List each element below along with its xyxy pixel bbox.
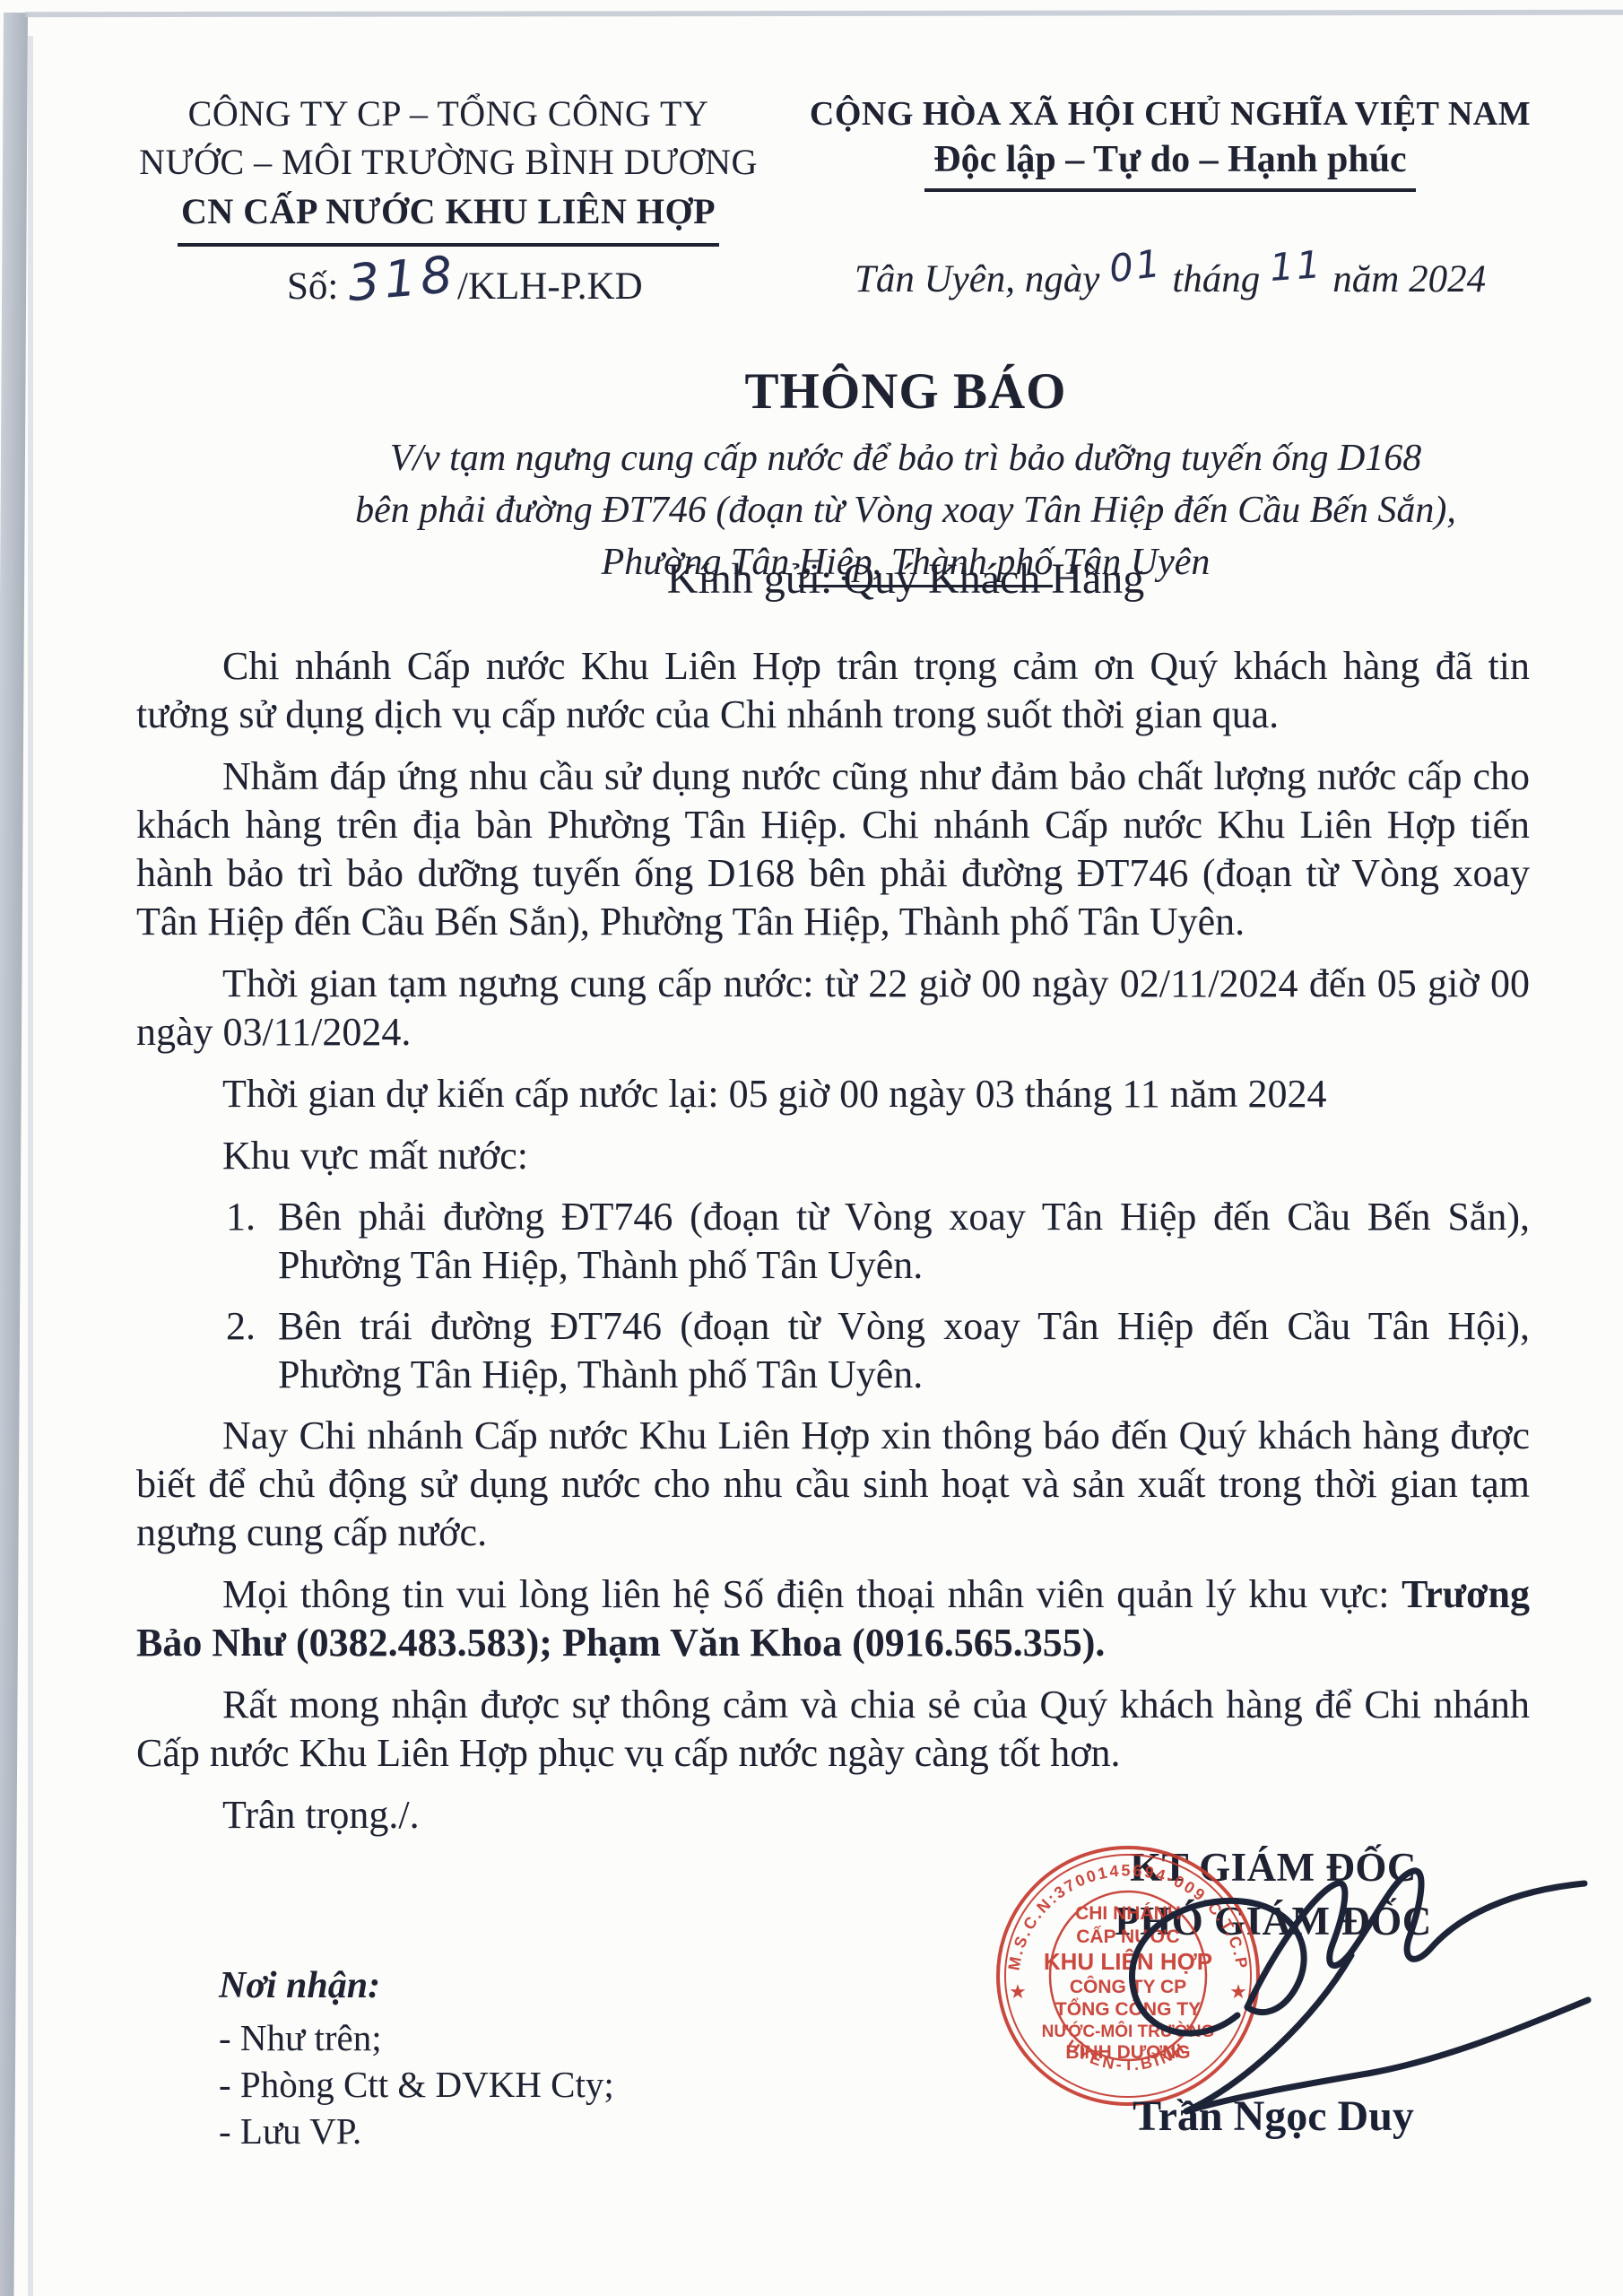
- company-name-line2: NƯỚC – MÔI TRƯỜNG BÌNH DƯƠNG: [135, 138, 762, 187]
- date-mid: tháng: [1172, 258, 1260, 300]
- scanned-document-page: CÔNG TY CP – TỔNG CÔNG TY NƯỚC – MÔI TRƯ…: [0, 0, 1623, 2296]
- signer-name: Trần Ngọc Duy: [1058, 2092, 1488, 2141]
- document-number-line: Số: 318/KLH-P.KD: [287, 253, 643, 311]
- doc-number-prefix: Số:: [287, 265, 338, 308]
- paragraph-contact: Mọi thông tin vui lòng liên hệ Số điện t…: [136, 1570, 1530, 1667]
- list-item-area-2: 2. Bên trái đường ĐT746 (đoạn từ Vòng xo…: [136, 1302, 1530, 1399]
- list-item-area-1: 1. Bên phải đường ĐT746 (đoạn từ Vòng xo…: [136, 1193, 1530, 1290]
- national-motto: Độc lập – Tự do – Hạnh phúc: [924, 138, 1415, 192]
- stamp-star-left: ★: [1009, 1980, 1027, 2003]
- header-national-block: CỘNG HÒA XÃ HỘI CHỦ NGHĨA VIỆT NAM Độc l…: [789, 91, 1551, 192]
- list-text-1: Bên phải đường ĐT746 (đoạn từ Vòng xoay …: [278, 1195, 1530, 1287]
- recipient-item-3: - Lưu VP.: [219, 2108, 614, 2154]
- paragraph-outage-time: Thời gian tạm ngưng cung cấp nước: từ 22…: [136, 960, 1530, 1057]
- doc-number-suffix: /KLH-P.KD: [457, 265, 643, 308]
- recipient-item-2: - Phòng Ctt & DVKH Cty;: [219, 2061, 614, 2108]
- date-month-handwritten: 11: [1268, 242, 1324, 290]
- paragraph-reason: Nhằm đáp ứng nhu cầu sử dụng nước cũng n…: [136, 752, 1530, 946]
- date-pre: Tân Uyên, ngày: [855, 258, 1099, 300]
- document-body: Chi nhánh Cấp nước Khu Liên Hợp trân trọ…: [136, 642, 1530, 1853]
- paragraph-closing: Trân trọng./.: [136, 1791, 1530, 1839]
- date-post: năm 2024: [1332, 258, 1486, 300]
- header-company-block: CÔNG TY CP – TỔNG CÔNG TY NƯỚC – MÔI TRƯ…: [135, 90, 762, 247]
- recipient-item-1: - Như trên;: [219, 2014, 614, 2061]
- scan-edge-left-shadow: [28, 36, 33, 2296]
- scan-edge-left: [0, 13, 28, 2296]
- paragraph-thanks: Chi nhánh Cấp nước Khu Liên Hợp trân trọ…: [136, 642, 1530, 739]
- paragraph-advice: Nay Chi nhánh Cấp nước Khu Liên Hợp xin …: [136, 1412, 1530, 1557]
- subject-line2: bên phải đường ĐT746 (đoạn từ Vòng xoay …: [233, 484, 1578, 536]
- date-day-handwritten: 01: [1107, 241, 1165, 291]
- recipients-label: Nơi nhận:: [219, 1962, 614, 2009]
- paragraph-restore-time: Thời gian dự kiến cấp nước lại: 05 giờ 0…: [136, 1070, 1530, 1118]
- salutation-line: Kính gửi: Quý Khách Hàng: [233, 554, 1578, 604]
- contact-intro: Mọi thông tin vui lòng liên hệ Số điện t…: [222, 1572, 1402, 1616]
- branch-name: CN CẤP NƯỚC KHU LIÊN HỢP: [178, 187, 719, 247]
- list-number-1: 1.: [226, 1193, 256, 1241]
- paragraph-apology: Rất mong nhận được sự thông cảm và chia …: [136, 1681, 1530, 1778]
- recipients-block: Nơi nhận: - Như trên; - Phòng Ctt & DVKH…: [219, 1962, 614, 2154]
- document-title: THÔNG BÁO: [233, 362, 1578, 421]
- paragraph-affected-areas-label: Khu vực mất nước:: [136, 1132, 1530, 1180]
- handwritten-signature: [1089, 1858, 1592, 2118]
- list-text-2: Bên trái đường ĐT746 (đoạn từ Vòng xoay …: [278, 1304, 1530, 1396]
- subject-line1: V/v tạm ngưng cung cấp nước để bảo trì b…: [233, 432, 1578, 484]
- company-name-line1: CÔNG TY CP – TỔNG CÔNG TY: [135, 90, 762, 138]
- scan-edge-top: [25, 10, 1623, 17]
- national-title: CỘNG HÒA XÃ HỘI CHỦ NGHĨA VIỆT NAM: [789, 91, 1551, 136]
- list-number-2: 2.: [226, 1302, 256, 1351]
- doc-number-handwritten: 318: [345, 246, 459, 313]
- place-date-line: Tân Uyên, ngày 01 tháng 11 năm 2024: [789, 257, 1551, 301]
